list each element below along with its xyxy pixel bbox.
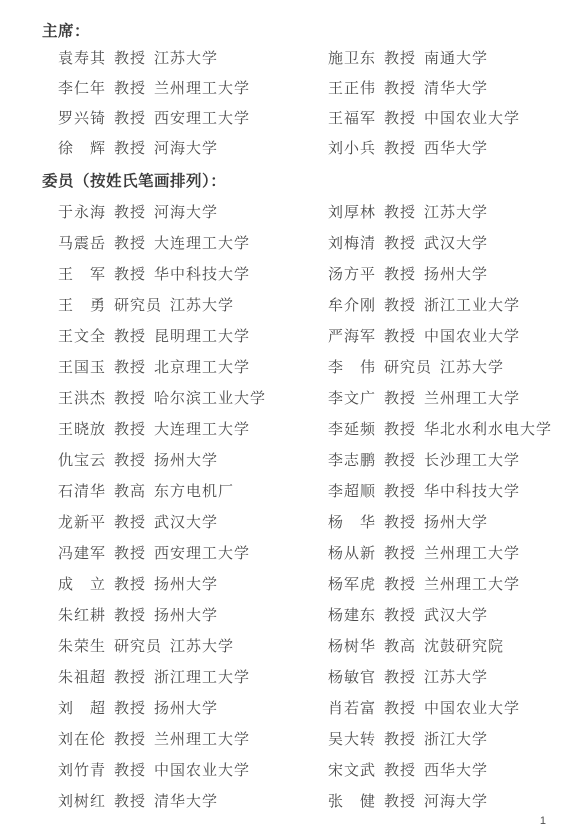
member-title: 教授 bbox=[384, 669, 416, 686]
member-affiliation: 扬州大学 bbox=[424, 266, 488, 283]
member-name: 肖若富 bbox=[328, 700, 376, 717]
member-affiliation: 哈尔滨工业大学 bbox=[154, 390, 266, 407]
member-entry-left: 刘树红教授清华大学 bbox=[58, 790, 328, 811]
member-title: 教授 bbox=[114, 762, 146, 779]
member-title: 教授 bbox=[384, 204, 416, 221]
member-title: 教授 bbox=[384, 140, 416, 157]
member-title: 教授 bbox=[114, 669, 146, 686]
member-name: 王晓放 bbox=[58, 421, 106, 438]
member-row: 龙新平教授武汉大学 杨 华教授扬州大学 bbox=[0, 506, 575, 537]
member-entry-left: 王洪杰教授哈尔滨工业大学 bbox=[58, 387, 328, 408]
member-affiliation: 江苏大学 bbox=[440, 359, 504, 376]
member-name: 汤方平 bbox=[328, 266, 376, 283]
member-name: 朱祖超 bbox=[58, 669, 106, 686]
member-title: 研究员 bbox=[114, 297, 162, 314]
member-title: 教授 bbox=[384, 731, 416, 748]
member-title: 教授 bbox=[384, 297, 416, 314]
member-entry-right: 李超顺教授华中科技大学 bbox=[328, 480, 575, 501]
member-entry-right: 肖若富教授中国农业大学 bbox=[328, 697, 575, 718]
member-name: 仇宝云 bbox=[58, 452, 106, 469]
member-entry-left: 袁寿其教授江苏大学 bbox=[58, 47, 328, 68]
member-affiliation: 江苏大学 bbox=[424, 204, 488, 221]
member-row: 朱荣生研究员江苏大学 杨树华教高沈鼓研究院 bbox=[0, 630, 575, 661]
member-entry-right: 吴大转教授浙江大学 bbox=[328, 728, 575, 749]
member-name: 冯建军 bbox=[58, 545, 106, 562]
member-entry-right: 杨敏官教授江苏大学 bbox=[328, 666, 575, 687]
member-row: 徐 辉教授河海大学 刘小兵教授西华大学 bbox=[0, 132, 575, 162]
member-entry-right: 李 伟研究员江苏大学 bbox=[328, 356, 575, 377]
member-title: 教授 bbox=[114, 390, 146, 407]
member-title: 教授 bbox=[114, 700, 146, 717]
member-entry-left: 朱祖超教授浙江理工大学 bbox=[58, 666, 328, 687]
member-entry-right: 刘厚林教授江苏大学 bbox=[328, 201, 575, 222]
member-entry-left: 马震岳教授大连理工大学 bbox=[58, 232, 328, 253]
member-affiliation: 江苏大学 bbox=[170, 297, 234, 314]
member-title: 研究员 bbox=[384, 359, 432, 376]
member-entry-left: 王文全教授昆明理工大学 bbox=[58, 325, 328, 346]
member-entry-right: 刘梅清教授武汉大学 bbox=[328, 232, 575, 253]
member-affiliation: 西安理工大学 bbox=[154, 110, 250, 127]
member-title: 教授 bbox=[114, 514, 146, 531]
member-name: 施卫东 bbox=[328, 50, 376, 67]
member-entry-left: 刘在伦教授兰州理工大学 bbox=[58, 728, 328, 749]
member-entry-left: 石清华教高东方电机厂 bbox=[58, 480, 328, 501]
member-affiliation: 扬州大学 bbox=[154, 576, 218, 593]
member-name: 李超顺 bbox=[328, 483, 376, 500]
member-entry-right: 李延频教授华北水利水电大学 bbox=[328, 418, 575, 439]
member-affiliation: 浙江大学 bbox=[424, 731, 488, 748]
member-affiliation: 中国农业大学 bbox=[424, 110, 520, 127]
member-title: 教授 bbox=[384, 793, 416, 810]
member-affiliation: 扬州大学 bbox=[154, 607, 218, 624]
member-affiliation: 西华大学 bbox=[424, 762, 488, 779]
member-row: 冯建军教授西安理工大学 杨从新教授兰州理工大学 bbox=[0, 537, 575, 568]
member-title: 教授 bbox=[114, 328, 146, 345]
member-entry-left: 罗兴锜教授西安理工大学 bbox=[58, 107, 328, 128]
member-affiliation: 兰州理工大学 bbox=[154, 80, 250, 97]
member-affiliation: 大连理工大学 bbox=[154, 235, 250, 252]
member-title: 教授 bbox=[384, 545, 416, 562]
document-page: 主席： 袁寿其教授江苏大学 施卫东教授南通大学 李仁年教授兰州理工大学 王正伟教… bbox=[0, 0, 575, 839]
member-title: 教高 bbox=[384, 638, 416, 655]
member-title: 教授 bbox=[114, 110, 146, 127]
member-name: 朱红耕 bbox=[58, 607, 106, 624]
member-title: 教授 bbox=[384, 452, 416, 469]
member-name: 牟介刚 bbox=[328, 297, 376, 314]
member-title: 教授 bbox=[384, 514, 416, 531]
member-name: 刘梅清 bbox=[328, 235, 376, 252]
member-affiliation: 大连理工大学 bbox=[154, 421, 250, 438]
member-affiliation: 兰州理工大学 bbox=[154, 731, 250, 748]
member-name: 刘小兵 bbox=[328, 140, 376, 157]
member-affiliation: 扬州大学 bbox=[424, 514, 488, 531]
member-title: 教授 bbox=[114, 359, 146, 376]
member-title: 教授 bbox=[114, 266, 146, 283]
member-affiliation: 东方电机厂 bbox=[154, 483, 234, 500]
member-entry-right: 杨从新教授兰州理工大学 bbox=[328, 542, 575, 563]
member-name: 刘在伦 bbox=[58, 731, 106, 748]
member-entry-right: 杨军虎教授兰州理工大学 bbox=[328, 573, 575, 594]
member-title: 教授 bbox=[114, 576, 146, 593]
member-entry-right: 李志鹏教授长沙理工大学 bbox=[328, 449, 575, 470]
member-name: 徐 辉 bbox=[58, 140, 106, 157]
member-title: 教高 bbox=[114, 483, 146, 500]
member-title: 教授 bbox=[114, 235, 146, 252]
member-row: 于永海教授河海大学 刘厚林教授江苏大学 bbox=[0, 196, 575, 227]
member-entry-right: 杨建东教授武汉大学 bbox=[328, 604, 575, 625]
member-affiliation: 清华大学 bbox=[424, 80, 488, 97]
member-name: 张 健 bbox=[328, 793, 376, 810]
member-name: 李志鹏 bbox=[328, 452, 376, 469]
member-name: 马震岳 bbox=[58, 235, 106, 252]
member-row: 王文全教授昆明理工大学 严海军教授中国农业大学 bbox=[0, 320, 575, 351]
member-name: 杨 华 bbox=[328, 514, 376, 531]
member-affiliation: 江苏大学 bbox=[424, 669, 488, 686]
member-title: 教授 bbox=[114, 607, 146, 624]
member-title: 教授 bbox=[384, 80, 416, 97]
member-affiliation: 武汉大学 bbox=[424, 607, 488, 624]
member-name: 成 立 bbox=[58, 576, 106, 593]
member-entry-left: 成 立教授扬州大学 bbox=[58, 573, 328, 594]
member-entry-right: 李文广教授兰州理工大学 bbox=[328, 387, 575, 408]
member-name: 李仁年 bbox=[58, 80, 106, 97]
member-affiliation: 江苏大学 bbox=[170, 638, 234, 655]
member-title: 教授 bbox=[114, 545, 146, 562]
member-affiliation: 西安理工大学 bbox=[154, 545, 250, 562]
member-name: 王 勇 bbox=[58, 297, 106, 314]
member-entry-right: 施卫东教授南通大学 bbox=[328, 47, 575, 68]
member-name: 杨树华 bbox=[328, 638, 376, 655]
member-title: 教授 bbox=[114, 421, 146, 438]
member-name: 李延频 bbox=[328, 421, 376, 438]
member-entry-left: 李仁年教授兰州理工大学 bbox=[58, 77, 328, 98]
member-row: 刘 超教授扬州大学 肖若富教授中国农业大学 bbox=[0, 692, 575, 723]
member-title: 教授 bbox=[384, 421, 416, 438]
member-name: 李文广 bbox=[328, 390, 376, 407]
member-name: 刘 超 bbox=[58, 700, 106, 717]
member-title: 教授 bbox=[384, 576, 416, 593]
member-entry-left: 朱荣生研究员江苏大学 bbox=[58, 635, 328, 656]
member-title: 教授 bbox=[114, 793, 146, 810]
member-row: 朱祖超教授浙江理工大学 杨敏官教授江苏大学 bbox=[0, 661, 575, 692]
member-name: 杨建东 bbox=[328, 607, 376, 624]
member-affiliation: 南通大学 bbox=[424, 50, 488, 67]
member-title: 教授 bbox=[384, 607, 416, 624]
member-name: 王文全 bbox=[58, 328, 106, 345]
member-affiliation: 武汉大学 bbox=[154, 514, 218, 531]
member-affiliation: 中国农业大学 bbox=[424, 700, 520, 717]
member-name: 石清华 bbox=[58, 483, 106, 500]
member-name: 龙新平 bbox=[58, 514, 106, 531]
member-entry-right: 王福军教授中国农业大学 bbox=[328, 107, 575, 128]
member-name: 王福军 bbox=[328, 110, 376, 127]
member-affiliation: 武汉大学 bbox=[424, 235, 488, 252]
member-title: 教授 bbox=[114, 140, 146, 157]
member-entry-left: 于永海教授河海大学 bbox=[58, 201, 328, 222]
member-entry-right: 杨树华教高沈鼓研究院 bbox=[328, 635, 575, 656]
member-row: 王 勇研究员江苏大学 牟介刚教授浙江工业大学 bbox=[0, 289, 575, 320]
member-entry-right: 汤方平教授扬州大学 bbox=[328, 263, 575, 284]
chairmen-list: 袁寿其教授江苏大学 施卫东教授南通大学 李仁年教授兰州理工大学 王正伟教授清华大… bbox=[0, 42, 575, 162]
member-row: 刘竹青教授中国农业大学 宋文武教授西华大学 bbox=[0, 754, 575, 785]
section-title-members: 委员（按姓氏笔画排列）： bbox=[0, 172, 575, 192]
member-name: 罗兴锜 bbox=[58, 110, 106, 127]
member-row: 李仁年教授兰州理工大学 王正伟教授清华大学 bbox=[0, 72, 575, 102]
member-entry-left: 王 勇研究员江苏大学 bbox=[58, 294, 328, 315]
member-affiliation: 兰州理工大学 bbox=[424, 545, 520, 562]
member-name: 严海军 bbox=[328, 328, 376, 345]
member-entry-left: 冯建军教授西安理工大学 bbox=[58, 542, 328, 563]
member-title: 教授 bbox=[384, 328, 416, 345]
member-affiliation: 华北水利水电大学 bbox=[424, 421, 552, 438]
page-number: 1 bbox=[540, 815, 546, 827]
member-affiliation: 长沙理工大学 bbox=[424, 452, 520, 469]
member-name: 刘竹青 bbox=[58, 762, 106, 779]
member-name: 吴大转 bbox=[328, 731, 376, 748]
member-row: 王晓放教授大连理工大学 李延频教授华北水利水电大学 bbox=[0, 413, 575, 444]
member-entry-right: 王正伟教授清华大学 bbox=[328, 77, 575, 98]
member-affiliation: 河海大学 bbox=[154, 204, 218, 221]
member-entry-left: 刘 超教授扬州大学 bbox=[58, 697, 328, 718]
member-affiliation: 浙江理工大学 bbox=[154, 669, 250, 686]
member-affiliation: 扬州大学 bbox=[154, 452, 218, 469]
member-title: 教授 bbox=[384, 50, 416, 67]
member-affiliation: 河海大学 bbox=[154, 140, 218, 157]
member-affiliation: 浙江工业大学 bbox=[424, 297, 520, 314]
member-title: 教授 bbox=[384, 266, 416, 283]
member-name: 袁寿其 bbox=[58, 50, 106, 67]
member-entry-right: 宋文武教授西华大学 bbox=[328, 759, 575, 780]
member-entry-left: 王国玉教授北京理工大学 bbox=[58, 356, 328, 377]
member-affiliation: 沈鼓研究院 bbox=[424, 638, 504, 655]
member-name: 王 军 bbox=[58, 266, 106, 283]
member-entry-right: 刘小兵教授西华大学 bbox=[328, 137, 575, 158]
member-entry-left: 刘竹青教授中国农业大学 bbox=[58, 759, 328, 780]
member-row: 马震岳教授大连理工大学 刘梅清教授武汉大学 bbox=[0, 227, 575, 258]
member-entry-left: 徐 辉教授河海大学 bbox=[58, 137, 328, 158]
member-row: 王国玉教授北京理工大学 李 伟研究员江苏大学 bbox=[0, 351, 575, 382]
member-row: 刘在伦教授兰州理工大学 吴大转教授浙江大学 bbox=[0, 723, 575, 754]
member-title: 教授 bbox=[384, 700, 416, 717]
member-entry-left: 朱红耕教授扬州大学 bbox=[58, 604, 328, 625]
member-title: 教授 bbox=[384, 390, 416, 407]
member-title: 教授 bbox=[114, 204, 146, 221]
member-title: 教授 bbox=[384, 235, 416, 252]
member-affiliation: 江苏大学 bbox=[154, 50, 218, 67]
member-name: 刘厚林 bbox=[328, 204, 376, 221]
section-title-chairmen: 主席： bbox=[0, 22, 575, 42]
member-entry-right: 杨 华教授扬州大学 bbox=[328, 511, 575, 532]
member-entry-left: 王 军教授华中科技大学 bbox=[58, 263, 328, 284]
member-name: 朱荣生 bbox=[58, 638, 106, 655]
member-row: 刘树红教授清华大学 张 健教授河海大学 bbox=[0, 785, 575, 816]
member-row: 仇宝云教授扬州大学 李志鹏教授长沙理工大学 bbox=[0, 444, 575, 475]
member-name: 杨敏官 bbox=[328, 669, 376, 686]
member-row: 成 立教授扬州大学 杨军虎教授兰州理工大学 bbox=[0, 568, 575, 599]
member-affiliation: 华中科技大学 bbox=[154, 266, 250, 283]
member-affiliation: 扬州大学 bbox=[154, 700, 218, 717]
member-title: 教授 bbox=[114, 452, 146, 469]
member-row: 朱红耕教授扬州大学 杨建东教授武汉大学 bbox=[0, 599, 575, 630]
member-name: 宋文武 bbox=[328, 762, 376, 779]
member-name: 杨从新 bbox=[328, 545, 376, 562]
member-affiliation: 西华大学 bbox=[424, 140, 488, 157]
section-members: 委员（按姓氏笔画排列）： 于永海教授河海大学 刘厚林教授江苏大学 马震岳教授大连… bbox=[0, 172, 575, 816]
member-title: 研究员 bbox=[114, 638, 162, 655]
member-name: 王正伟 bbox=[328, 80, 376, 97]
member-affiliation: 昆明理工大学 bbox=[154, 328, 250, 345]
member-title: 教授 bbox=[114, 731, 146, 748]
member-name: 刘树红 bbox=[58, 793, 106, 810]
member-entry-left: 仇宝云教授扬州大学 bbox=[58, 449, 328, 470]
member-row: 王洪杰教授哈尔滨工业大学 李文广教授兰州理工大学 bbox=[0, 382, 575, 413]
member-entry-right: 严海军教授中国农业大学 bbox=[328, 325, 575, 346]
member-entry-left: 龙新平教授武汉大学 bbox=[58, 511, 328, 532]
member-title: 教授 bbox=[114, 50, 146, 67]
member-name: 杨军虎 bbox=[328, 576, 376, 593]
member-affiliation: 清华大学 bbox=[154, 793, 218, 810]
member-row: 石清华教高东方电机厂 李超顺教授华中科技大学 bbox=[0, 475, 575, 506]
member-affiliation: 兰州理工大学 bbox=[424, 390, 520, 407]
member-name: 王国玉 bbox=[58, 359, 106, 376]
member-title: 教授 bbox=[384, 110, 416, 127]
member-affiliation: 北京理工大学 bbox=[154, 359, 250, 376]
member-affiliation: 华中科技大学 bbox=[424, 483, 520, 500]
member-title: 教授 bbox=[384, 762, 416, 779]
member-entry-right: 牟介刚教授浙江工业大学 bbox=[328, 294, 575, 315]
member-affiliation: 河海大学 bbox=[424, 793, 488, 810]
member-title: 教授 bbox=[114, 80, 146, 97]
member-name: 于永海 bbox=[58, 204, 106, 221]
member-title: 教授 bbox=[384, 483, 416, 500]
member-row: 袁寿其教授江苏大学 施卫东教授南通大学 bbox=[0, 42, 575, 72]
member-name: 李 伟 bbox=[328, 359, 376, 376]
member-entry-left: 王晓放教授大连理工大学 bbox=[58, 418, 328, 439]
member-row: 王 军教授华中科技大学 汤方平教授扬州大学 bbox=[0, 258, 575, 289]
member-affiliation: 兰州理工大学 bbox=[424, 576, 520, 593]
member-row: 罗兴锜教授西安理工大学 王福军教授中国农业大学 bbox=[0, 102, 575, 132]
member-affiliation: 中国农业大学 bbox=[154, 762, 250, 779]
member-affiliation: 中国农业大学 bbox=[424, 328, 520, 345]
members-list: 于永海教授河海大学 刘厚林教授江苏大学 马震岳教授大连理工大学 刘梅清教授武汉大… bbox=[0, 196, 575, 816]
section-chairmen: 主席： 袁寿其教授江苏大学 施卫东教授南通大学 李仁年教授兰州理工大学 王正伟教… bbox=[0, 22, 575, 162]
member-entry-right: 张 健教授河海大学 bbox=[328, 790, 575, 811]
member-name: 王洪杰 bbox=[58, 390, 106, 407]
